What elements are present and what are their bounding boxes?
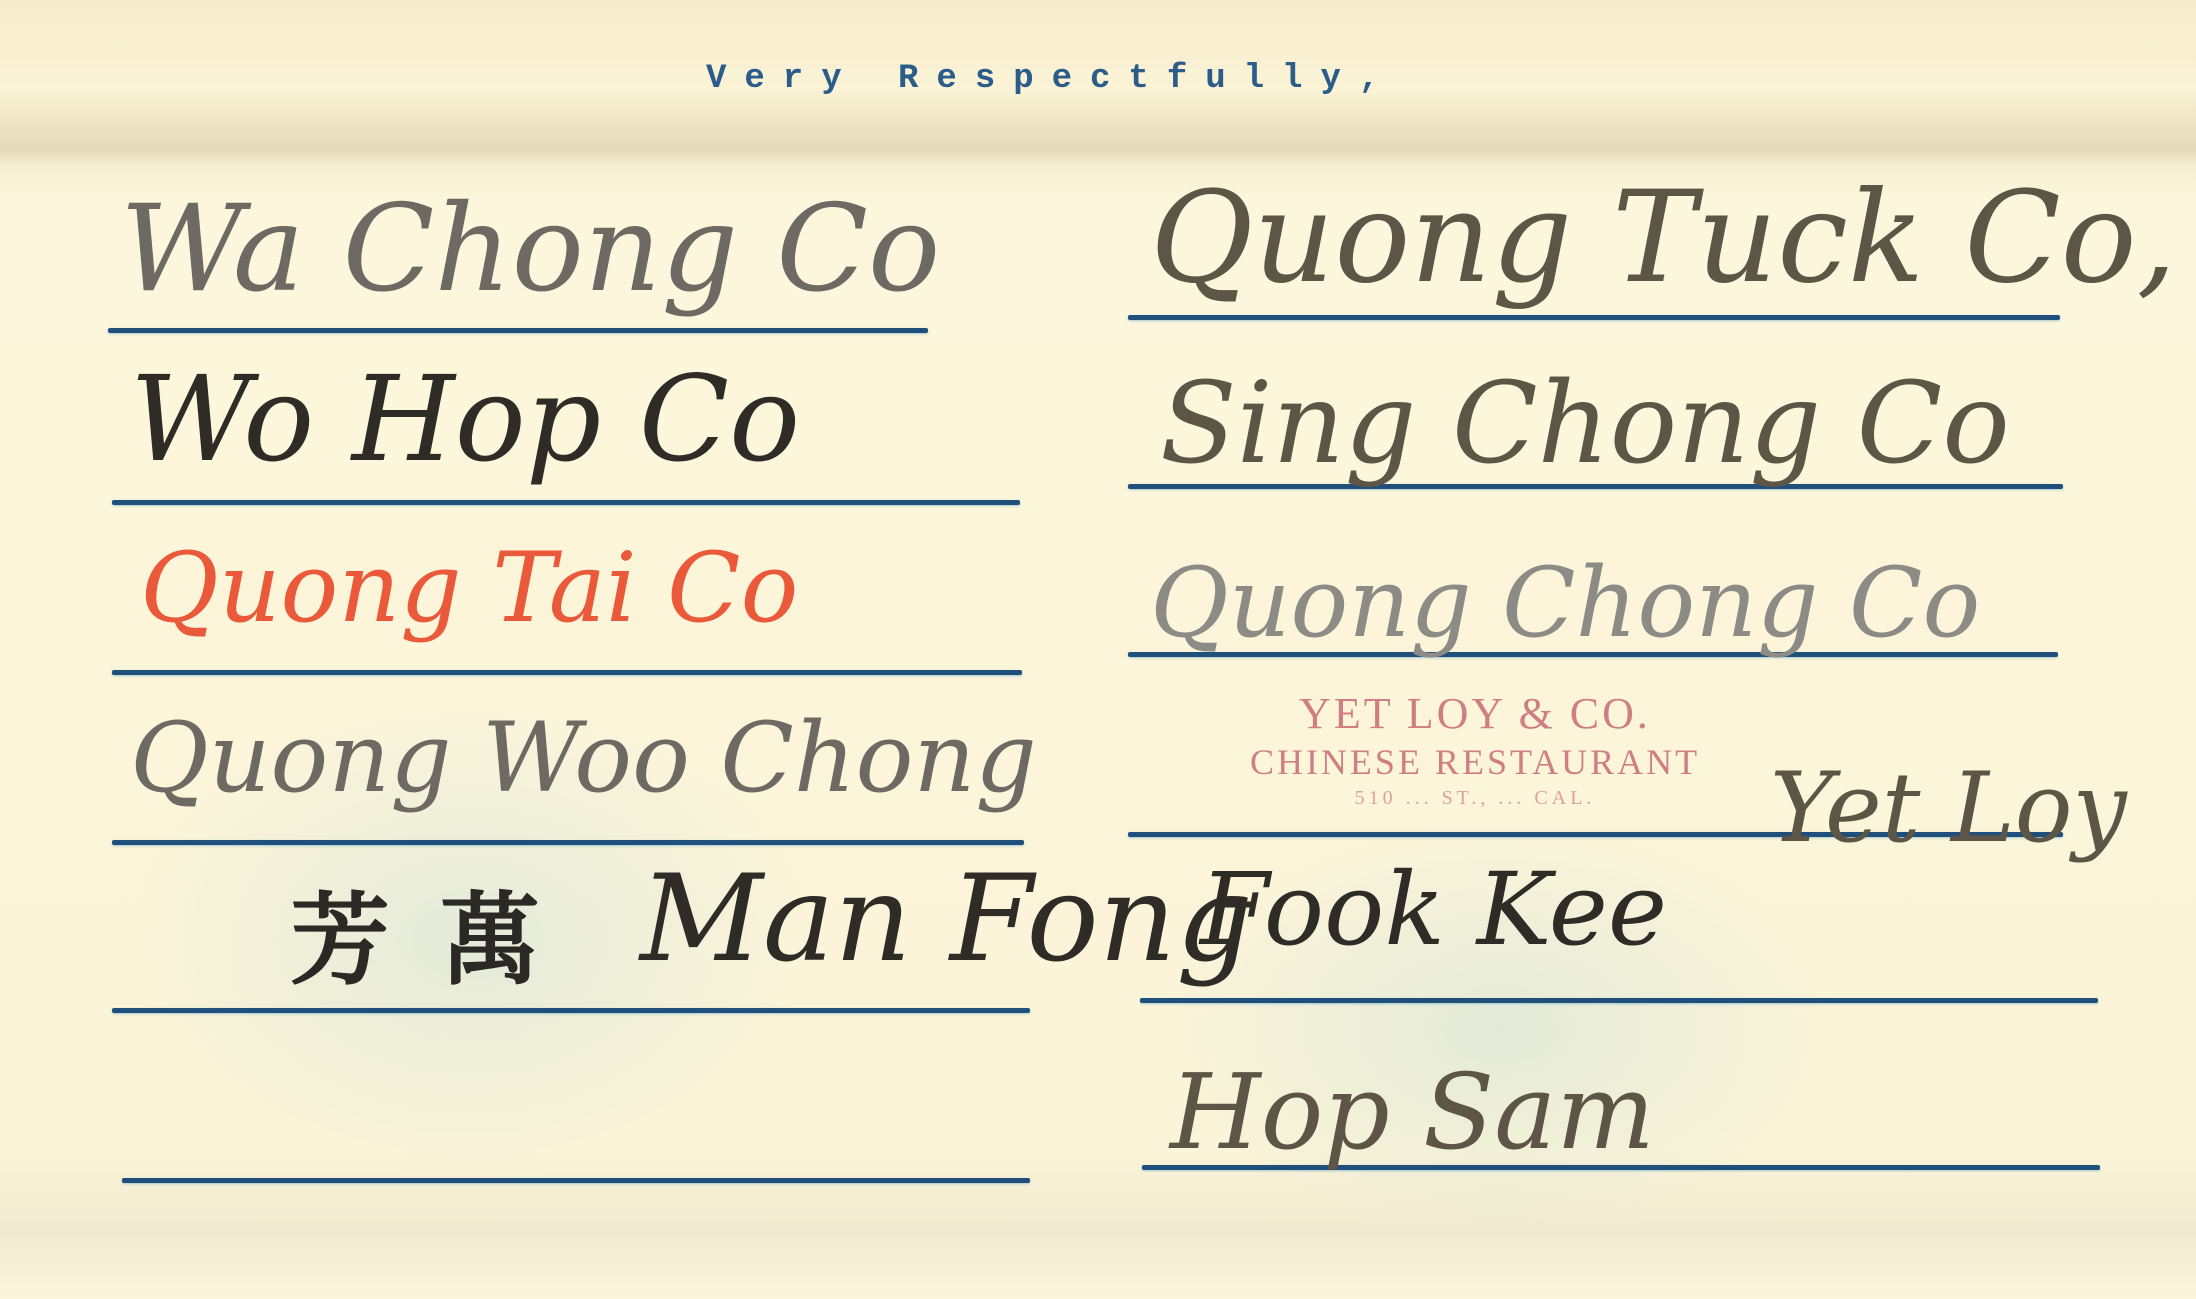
signature-line (112, 840, 1024, 845)
signature-yet-loy: Yet Loy (1770, 760, 2127, 856)
signature-fook-kee: Fook Kee (1200, 860, 1667, 960)
signature-quong-tai-co: Quong Tai Co (140, 540, 798, 636)
signature-quong-chong-co: Quong Chong Co (1150, 555, 1980, 651)
stamp-company-name: YET LOY & CO. (1195, 688, 1755, 739)
signature-quong-tuck-co: Quong Tuck Co, (1150, 175, 2177, 301)
signature-man-fong: Man Fong (640, 860, 1253, 980)
signature-wa-chong-co: Wa Chong Co (120, 190, 940, 310)
stamp-address: 510 ... ST., ... CAL. (1195, 787, 1755, 810)
closing-salutation: Very Respectfully, (706, 60, 1397, 98)
signature-line (122, 1178, 1030, 1183)
signature-line (1128, 315, 2060, 320)
signature-line (1140, 998, 2098, 1003)
chinese-signature: 芳萬 (290, 860, 590, 1004)
signature-hop-sam: Hop Sam (1170, 1060, 1655, 1164)
signature-sing-chong-co: Sing Chong Co (1160, 368, 2010, 480)
rubber-stamp: YET LOY & CO. CHINESE RESTAURANT 510 ...… (1195, 688, 1755, 810)
signature-line (112, 1008, 1030, 1013)
signature-line (108, 328, 928, 333)
signature-wo-hop-co: Wo Hop Co (130, 360, 800, 478)
signature-quong-woo-chong: Quong Woo Chong (130, 710, 1037, 806)
signature-line (112, 670, 1022, 675)
signature-line (112, 500, 1020, 505)
stamp-business-type: CHINESE RESTAURANT (1195, 741, 1755, 783)
